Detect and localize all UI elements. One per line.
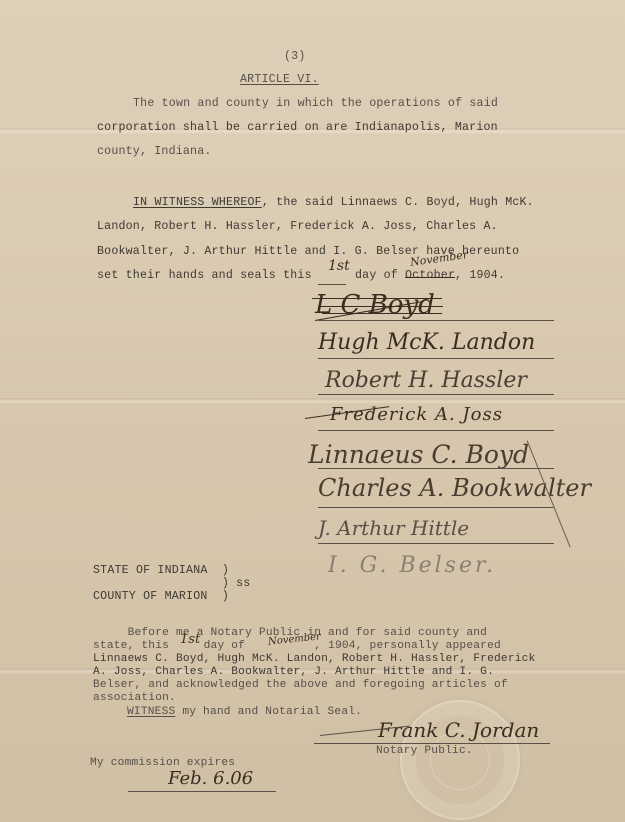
acknowledgment-line: A. Joss, Charles A. Bookwalter, J. Arthu…: [93, 666, 494, 678]
signature-struck: L C Boyd: [315, 290, 435, 320]
article-body-line: The town and county in which the operati…: [133, 97, 498, 110]
signature-boyd: Linnaeus C. Boyd: [308, 440, 529, 469]
witness-paragraph-line: Landon, Robert H. Hassler, Frederick A. …: [97, 220, 498, 233]
document-page: (3) ARTICLE VI. The town and county in w…: [0, 0, 625, 822]
venue-county: COUNTY OF MARION ): [93, 590, 229, 603]
signature-hittle: J. Arthur Hittle: [318, 516, 469, 540]
signature-line: [318, 320, 554, 321]
witness-lead: IN WITNESS WHEREOF: [133, 196, 262, 209]
signature-line: [318, 543, 554, 544]
strikethrough: [318, 306, 443, 307]
article-heading: ARTICLE VI.: [240, 73, 319, 86]
article-body-line: corporation shall be carried on are Indi…: [97, 121, 498, 134]
day-blank-line: [318, 284, 346, 285]
signature-line: [318, 468, 554, 469]
witness-lead: WITNESS: [127, 706, 175, 718]
witness-notarial-line: WITNESS my hand and Notarial Seal.: [127, 706, 362, 718]
page-number: (3): [284, 50, 305, 63]
signature-hassler: Robert H. Hassler: [325, 368, 527, 393]
commission-line: [128, 791, 276, 792]
signature-belser: I. G. Belser.: [328, 553, 496, 578]
witness-paragraph-line: , 1904.: [455, 269, 505, 282]
witness-paragraph-line: day of: [355, 269, 398, 282]
handwritten-day: 1st: [328, 258, 350, 274]
strikethrough: [405, 277, 455, 278]
strikethrough: [322, 313, 442, 314]
acknowledgment-line: Belser, and acknowledged the above and f…: [93, 679, 508, 691]
venue-ss: ) ss: [93, 577, 250, 590]
commission-date: Feb. 6.06: [168, 768, 253, 789]
paper-fold-line: [0, 398, 625, 404]
witness-paragraph-line: IN WITNESS WHEREOF, the said Linnaews C.…: [133, 196, 534, 209]
strikethrough: [312, 298, 442, 299]
struck-month: October: [405, 269, 455, 282]
acknowledgment-line: association.: [93, 692, 176, 704]
article-body-line: county, Indiana.: [97, 145, 212, 158]
notary-signature: Frank C. Jordan: [378, 718, 539, 742]
witness-paragraph-line: set their hands and seals this: [97, 269, 312, 282]
signature-line: [318, 358, 554, 359]
signature-line: [318, 430, 554, 431]
venue-state: STATE OF INDIANA ): [93, 564, 229, 577]
signature-line: [318, 394, 554, 395]
acknowledgment-line: Linnaews C. Boyd, Hugh McK. Landon, Robe…: [93, 653, 535, 665]
ack-handwritten-day: 1st: [180, 632, 200, 647]
notary-signature-line: [314, 743, 550, 744]
signature-joss: Frederick A. Joss: [330, 404, 503, 425]
signature-landon: Hugh McK. Landon: [318, 330, 535, 355]
notary-title: Notary Public.: [376, 745, 473, 757]
signature-line: [318, 507, 554, 508]
